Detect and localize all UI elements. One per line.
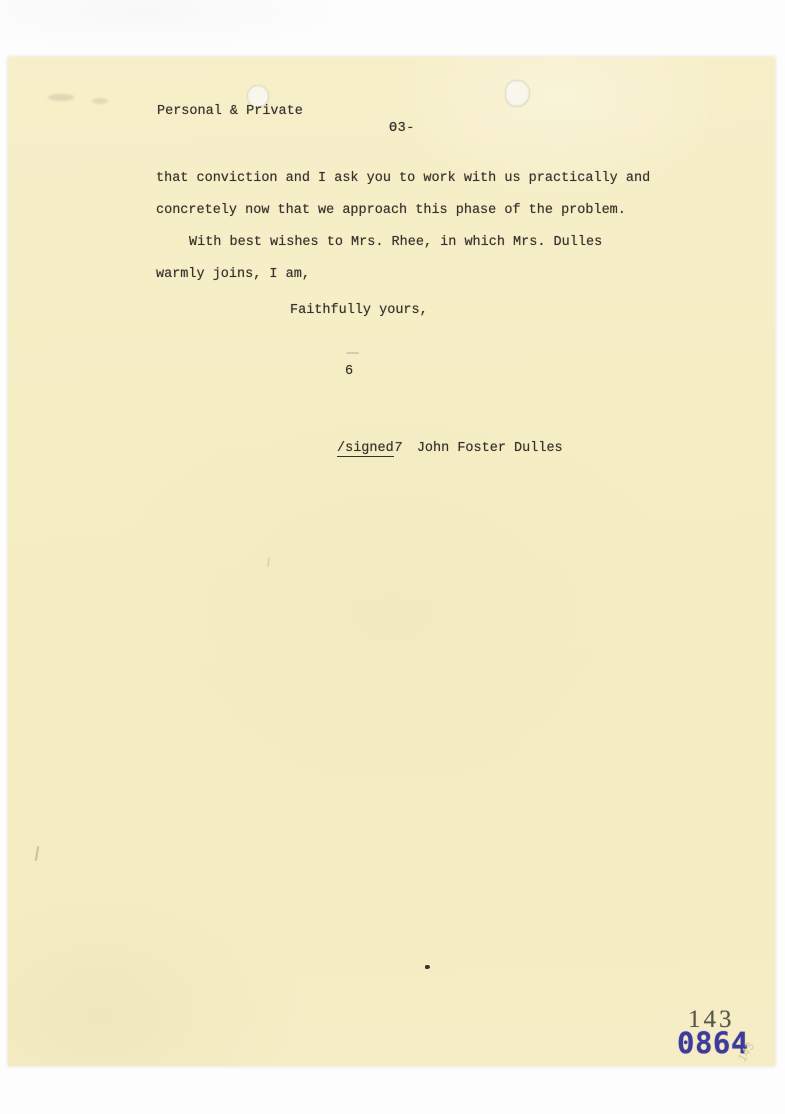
body-line: warmly joins, I am, [156, 267, 310, 283]
pencil-stroke-mark [35, 846, 40, 861]
signatory-name: John Foster Dulles [417, 441, 563, 456]
body-line: With best wishes to Mrs. Rhee, in which … [189, 235, 602, 251]
pencil-smudge [48, 94, 74, 101]
paper-fiber-mark [267, 557, 269, 567]
signed-annotation: /signed [337, 441, 394, 457]
punch-hole-right [505, 80, 530, 107]
signed-bracket-close: 7 [393, 441, 403, 457]
classification-label: Personal & Private [157, 104, 303, 120]
body-line: that conviction and I ask you to work wi… [156, 171, 650, 187]
signed-word: signed [345, 441, 394, 456]
signature-line: /signed7John Foster Dulles [337, 441, 563, 457]
ink-speck [425, 965, 430, 969]
faint-dash-mark [346, 352, 359, 354]
letter-paper: Personal & Private Ө3- that conviction a… [8, 57, 775, 1066]
stray-character: 6 [345, 364, 353, 380]
page-number: Ө3- [389, 121, 415, 137]
pencil-smudge [92, 98, 108, 104]
closing-line: Faithfully yours, [290, 303, 428, 319]
body-line: concretely now that we approach this pha… [156, 203, 626, 219]
signed-bracket-open: / [337, 441, 345, 457]
scanned-letter-page: Personal & Private Ө3- that conviction a… [0, 0, 785, 1114]
